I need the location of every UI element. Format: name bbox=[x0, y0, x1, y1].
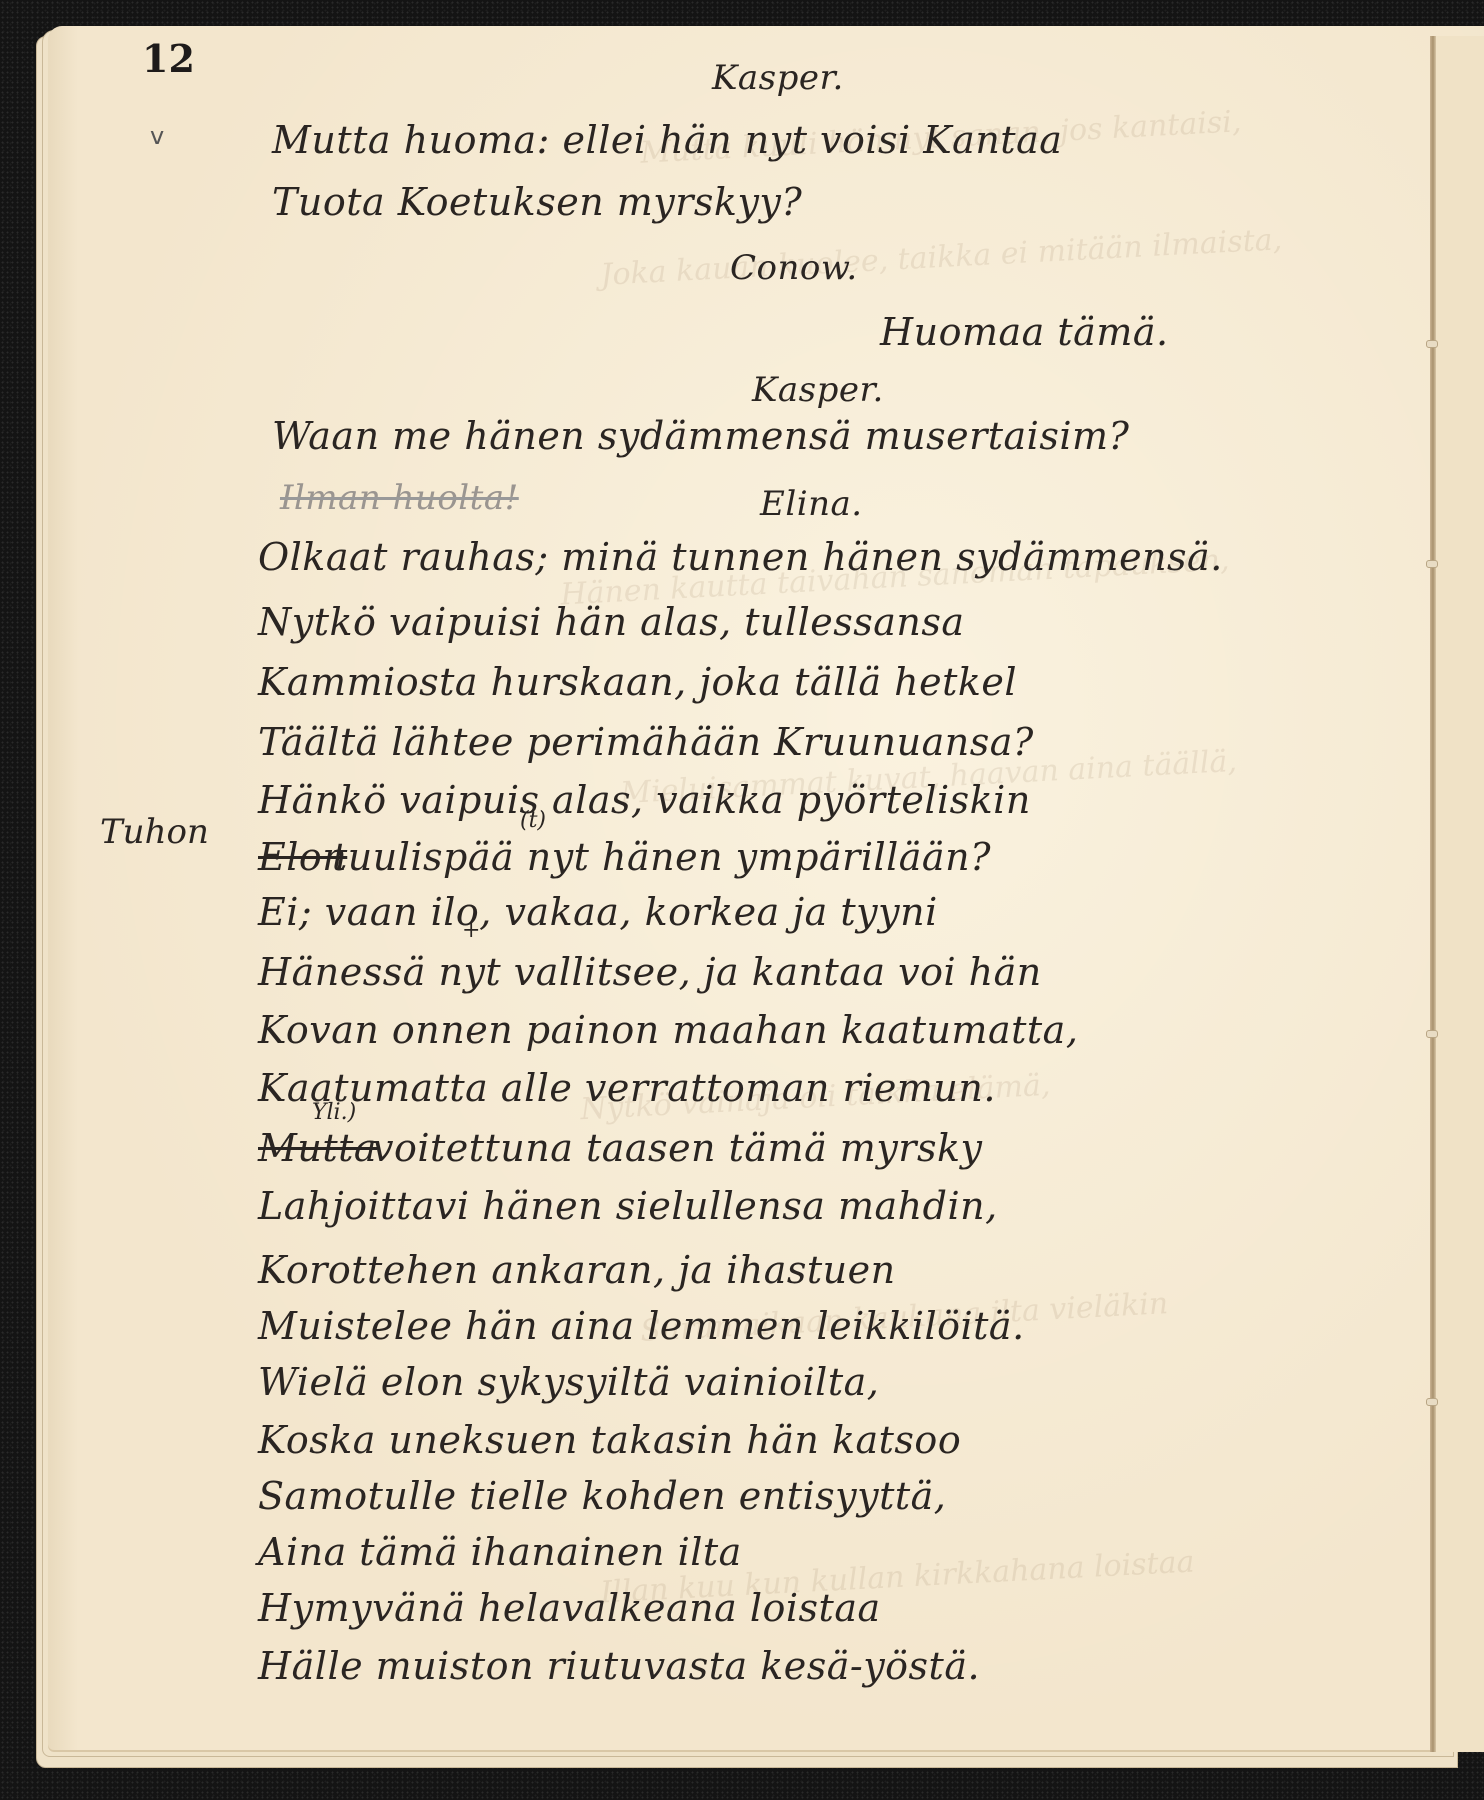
verse-line: Täältä lähtee perimähään Kruunuansa? bbox=[258, 720, 1034, 764]
binding-stitch bbox=[1426, 340, 1438, 348]
verse-line: Wielä elon sykysyiltä vainioilta, bbox=[258, 1360, 879, 1404]
verse-line: Hymyvänä helavalkeana loistaa bbox=[258, 1586, 881, 1630]
check-mark: v bbox=[150, 122, 164, 150]
verse-line: Samotulle tielle kohden entisyyttä, bbox=[258, 1474, 946, 1518]
verse-line: Kovan onnen painon maahan kaatumatta, bbox=[258, 1008, 1078, 1052]
insertion-mark: (t) bbox=[520, 808, 546, 833]
binding-stitch bbox=[1426, 1398, 1438, 1406]
verse-line: Koska uneksuen takasin hän katsoo bbox=[258, 1418, 961, 1462]
verse-line: Muistelee hän aina lemmen leikkilöitä. bbox=[258, 1304, 1025, 1348]
insertion-mark: Yli.) bbox=[312, 1100, 356, 1125]
verse-line: Mutta huoma: ellei hän nyt voisi Kantaa bbox=[272, 118, 1062, 162]
verse-line: Tuota Koetuksen myrskyy? bbox=[272, 180, 802, 224]
pencil-annotation: Ilman huolta! bbox=[280, 478, 519, 518]
struck-word: Mutta bbox=[258, 1126, 377, 1170]
speaker-name: Conow. bbox=[730, 248, 858, 288]
verse-line: Ei; vaan ilo, vakaa, korkea ja tyyni bbox=[258, 890, 938, 934]
speaker-name: Kasper. bbox=[752, 370, 884, 410]
speaker-name: Kasper. bbox=[712, 58, 844, 98]
verse-line: Hänkö vaipuis alas, vaikka pyörteliskin bbox=[258, 778, 1031, 822]
verse-line: Olkaat rauhas; minä tunnen hänen sydämme… bbox=[258, 535, 1223, 579]
insertion-mark: + bbox=[462, 918, 480, 943]
verse-line: Kaatumatta alle verrattoman riemun. bbox=[258, 1066, 996, 1110]
margin-note: Tuhon bbox=[100, 812, 209, 852]
binding-stitch bbox=[1426, 1030, 1438, 1038]
speaker-name: Elina. bbox=[760, 484, 863, 524]
verse-line: tuulispää nyt hänen ympärillään? bbox=[332, 835, 991, 879]
verse-line: Lahjoittavi hänen sielullensa mahdin, bbox=[258, 1184, 998, 1228]
page-number: 12 bbox=[142, 36, 195, 81]
verse-line: Kammiosta hurskaan, joka tällä hetkel bbox=[258, 660, 1017, 704]
verse-line: Hälle muiston riutuvasta kesä-yöstä. bbox=[258, 1644, 980, 1688]
verse-line: Aina tämä ihanainen ilta bbox=[258, 1530, 742, 1574]
binding-stitch bbox=[1426, 560, 1438, 568]
verse-line: voitettuna taasen tämä myrsky bbox=[372, 1126, 982, 1170]
verse-line: Korottehen ankaran, ja ihastuen bbox=[258, 1248, 896, 1292]
verse-line: Nytkö vaipuisi hän alas, tullessansa bbox=[258, 600, 965, 644]
verse-line: Hänessä nyt vallitsee, ja kantaa voi hän bbox=[258, 950, 1042, 994]
verse-line: Huomaa tämä. bbox=[880, 310, 1169, 354]
verse-line: Waan me hänen sydämmensä musertaisim? bbox=[272, 414, 1129, 458]
facing-page-edge bbox=[1436, 36, 1484, 1752]
